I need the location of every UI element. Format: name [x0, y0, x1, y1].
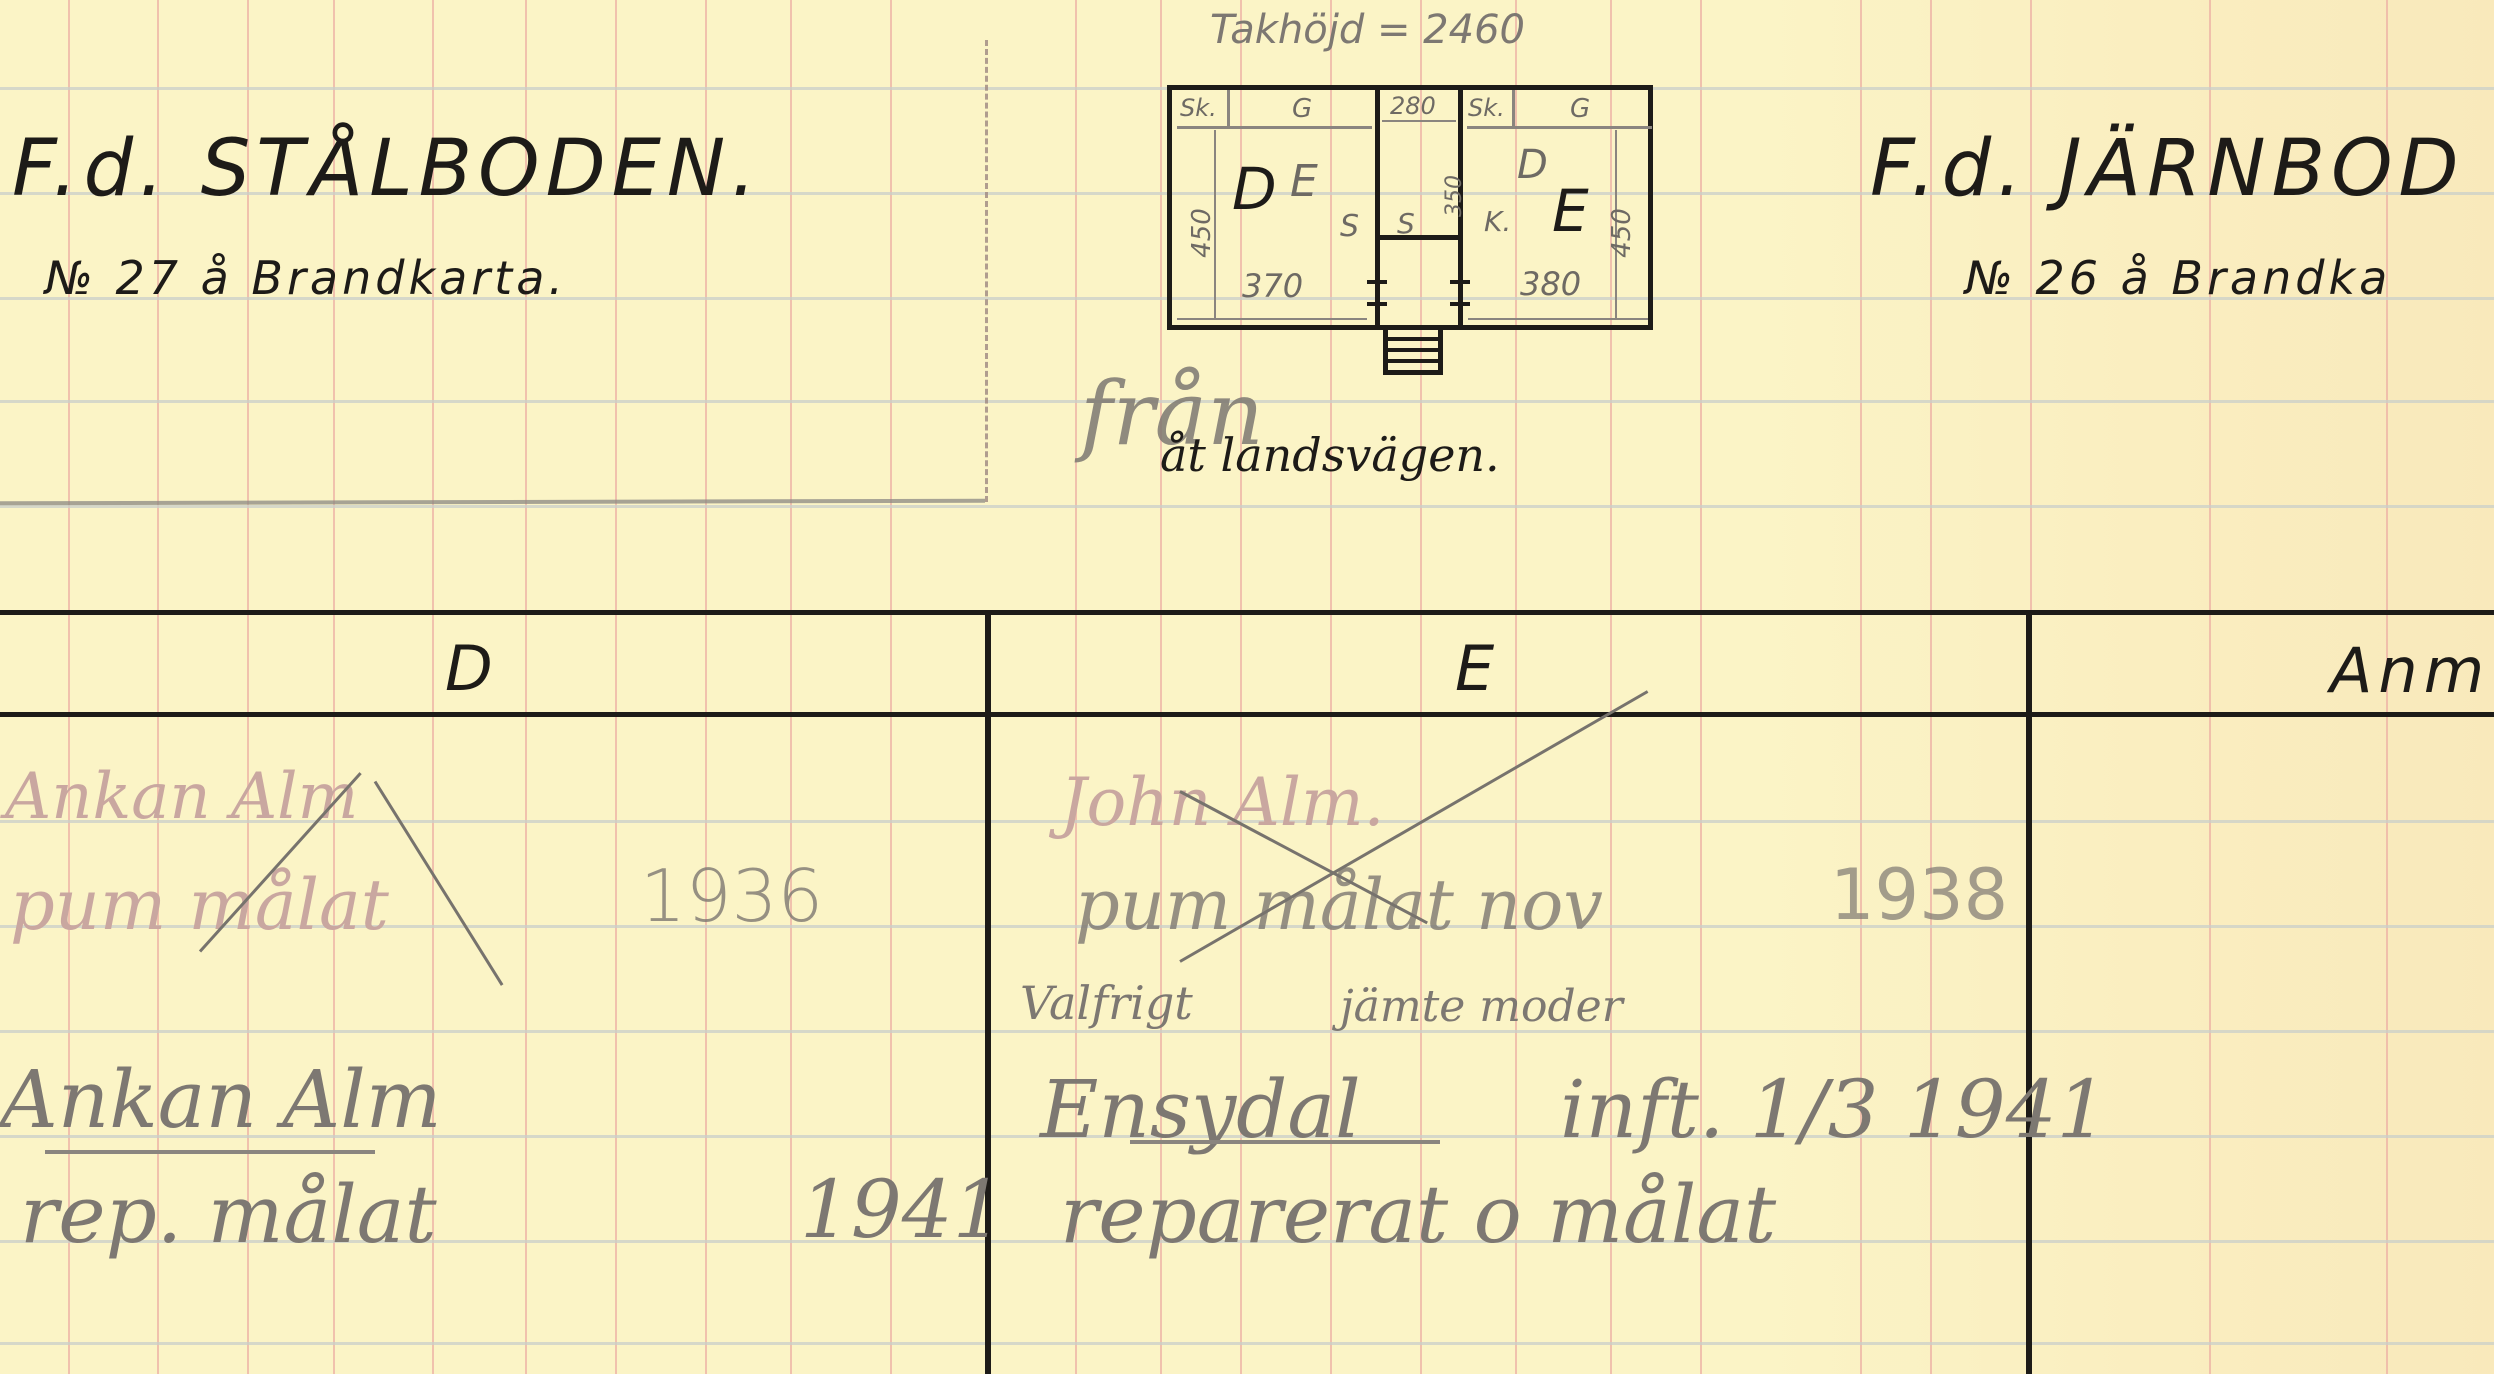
- road-label-ink: åt landsvägen.: [1160, 432, 1500, 478]
- entry-note: rep. målat: [20, 1175, 437, 1255]
- right-room-pencil-label: D: [1517, 145, 1548, 185]
- floor-plan: Sk. G 280 Sk. G D E S S 350 K. D E 450 3…: [1167, 85, 1653, 330]
- left-room-pencil-label: E: [1290, 160, 1318, 204]
- column-divider-e-anm: [2026, 612, 2032, 1374]
- door-mark: [1367, 280, 1387, 284]
- right-room-depth: 450: [1609, 208, 1635, 258]
- right-building-subtitle: № 26 å Brandka: [1965, 255, 2391, 301]
- left-closet-label: Sk.: [1180, 96, 1217, 120]
- corridor-width: 280: [1390, 94, 1436, 118]
- door-mark: [1450, 280, 1470, 284]
- left-room-label: D: [1232, 160, 1277, 218]
- door-mark: [1367, 302, 1387, 306]
- entry-note: jämte moder: [1340, 985, 1623, 1029]
- entry-name: Ankan Alm: [0, 1060, 442, 1140]
- table-top-border: [0, 610, 2494, 615]
- entry-year: 1941: [800, 1170, 1004, 1250]
- column-anm-cell: [2035, 720, 2494, 1374]
- wall-left-corridor: [1375, 90, 1380, 330]
- corridor-depth: 350: [1444, 175, 1466, 217]
- right-room-label: E: [1552, 182, 1589, 240]
- entry-note: pum målat nov: [1075, 870, 1603, 940]
- entry-name: Ensydal: [1040, 1070, 1361, 1150]
- entry-name: Ankan Alm: [5, 765, 358, 829]
- entry-year: 1938: [1830, 860, 2008, 930]
- wall-corridor-cross: [1377, 235, 1462, 240]
- entry-note: pum målat: [10, 870, 389, 940]
- entry-note: reparerat o målat: [1060, 1175, 1776, 1255]
- left-building-title: F.d. STÅLBODEN.: [12, 130, 762, 208]
- column-header-anm: Anm: [2330, 640, 2490, 702]
- right-building-title: F.d. JÄRNBOD: [1870, 130, 2465, 208]
- left-building-subtitle: № 27 å Brandkarta.: [45, 255, 567, 301]
- column-header-e: E: [1455, 638, 1494, 700]
- pencil-box-border-right: [985, 40, 988, 502]
- right-room-width: 380: [1520, 268, 1581, 300]
- entry-year: 1936: [640, 860, 823, 932]
- underline: [1130, 1140, 1440, 1144]
- entry-note: inft. 1/3 1941: [1560, 1070, 2108, 1150]
- column-divider-d-e: [985, 615, 991, 1374]
- entry-name: John Alm.: [1060, 770, 1385, 836]
- column-header-d: D: [445, 638, 493, 700]
- right-cell-g-label: G: [1570, 96, 1590, 122]
- left-room-width: 370: [1242, 270, 1303, 302]
- corridor-label: S: [1397, 210, 1415, 238]
- left-room-side-label: S: [1340, 212, 1359, 242]
- entry-name: Valfrigt: [1020, 980, 1193, 1026]
- left-cell-g-label: G: [1292, 96, 1312, 122]
- table-header-border: [0, 712, 2494, 717]
- ceiling-height-note: Takhöjd = 2460: [1210, 10, 1525, 50]
- right-room-side-label: K.: [1484, 208, 1511, 236]
- underline: [45, 1150, 375, 1154]
- entrance-stairs: [1383, 330, 1443, 375]
- right-closet-label: Sk.: [1468, 96, 1505, 120]
- left-room-depth: 450: [1189, 208, 1215, 258]
- door-mark: [1450, 302, 1470, 306]
